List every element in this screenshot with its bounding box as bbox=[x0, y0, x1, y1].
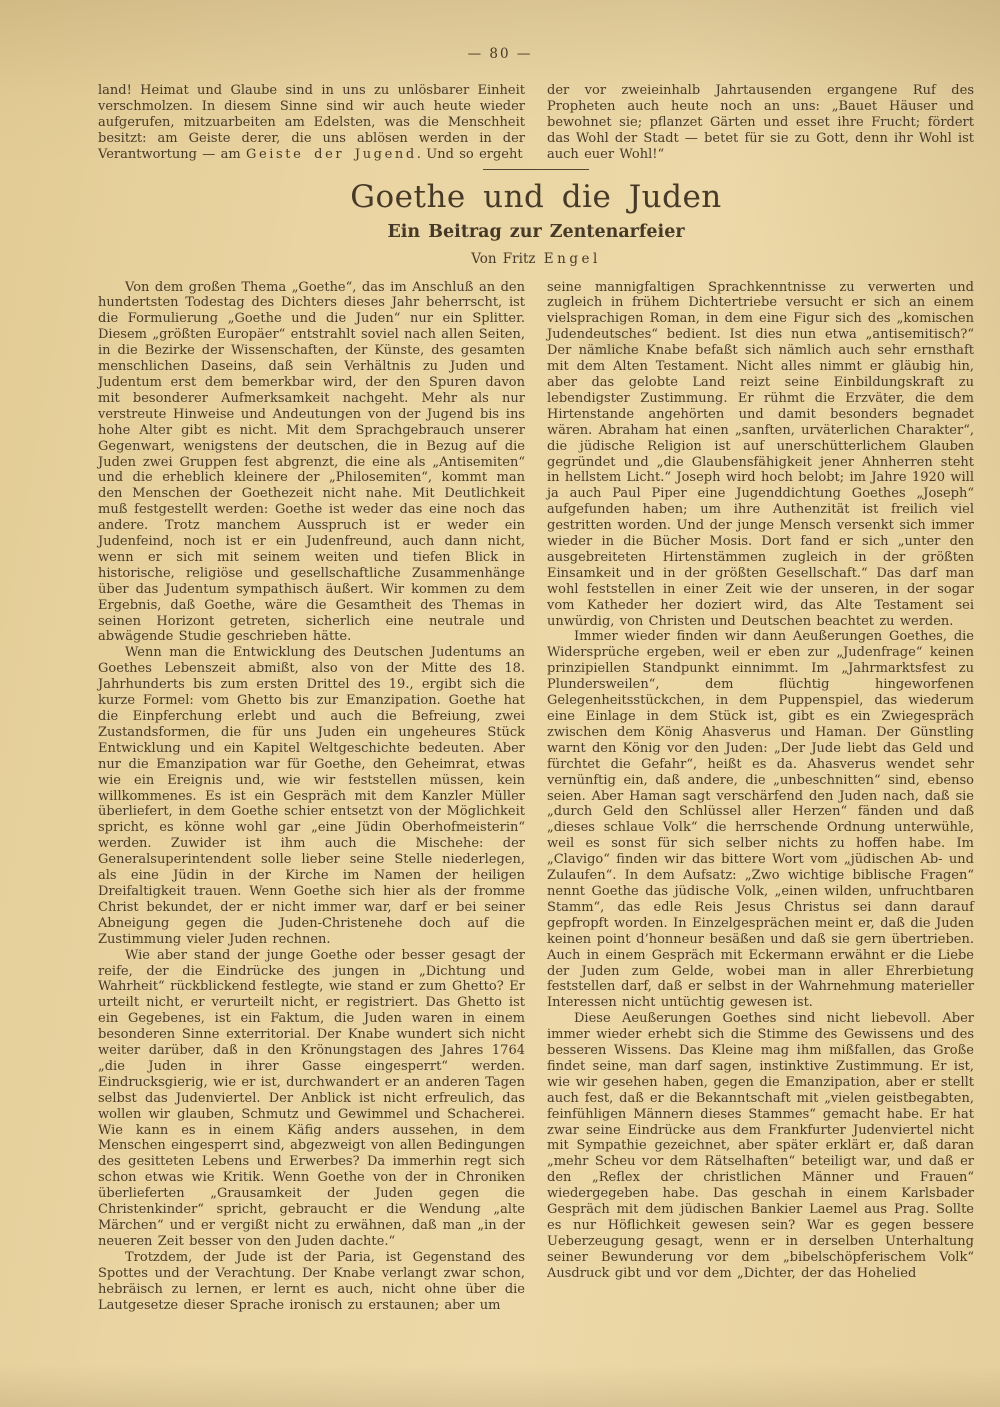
prelude-emphasized-text: Geiste der Jugend bbox=[246, 147, 417, 162]
scanned-page: — 80 — land! Heimat und Glaube sind in u… bbox=[0, 0, 1000, 1407]
prelude-left-column: land! Heimat und Glaube sind in uns zu u… bbox=[98, 83, 525, 163]
article-byline: Von Fritz Engel bbox=[98, 251, 974, 267]
paragraph: Wenn man die Entwicklung des Deutschen J… bbox=[98, 645, 525, 947]
article-body: Von dem großen Thema „Goethe“, das im An… bbox=[98, 280, 974, 1314]
paragraph: Wie aber stand der junge Goethe oder bes… bbox=[98, 948, 525, 1250]
page-number: — 80 — bbox=[0, 0, 1000, 62]
article-subtitle: Ein Beitrag zur Zentenarfeier bbox=[98, 222, 974, 242]
paragraph: Diese Aeußerungen Goethes sind nicht lie… bbox=[547, 1011, 974, 1281]
byline-author-name: Engel bbox=[544, 251, 601, 267]
paragraph: Von dem großen Thema „Goethe“, das im An… bbox=[98, 280, 525, 646]
section-divider-rule bbox=[483, 169, 589, 170]
paragraph: Trotzdem, der Jude ist der Paria, ist Ge… bbox=[98, 1250, 525, 1314]
paragraph-continuation: seine mannigfaltigen Sprachkenntnisse zu… bbox=[547, 280, 974, 630]
paragraph: Immer wieder finden wir dann Aeußerungen… bbox=[547, 629, 974, 1011]
article-title: Goethe und die Juden bbox=[98, 179, 974, 215]
prelude-right-column: der vor zweieinhalb Jahrtausenden ergang… bbox=[547, 83, 974, 163]
prelude-section: land! Heimat und Glaube sind in uns zu u… bbox=[98, 83, 974, 163]
right-column: seine mannigfaltigen Sprachkenntnisse zu… bbox=[547, 280, 974, 1314]
left-column: Von dem großen Thema „Goethe“, das im An… bbox=[98, 280, 525, 1314]
byline-prefix: Von Fritz bbox=[471, 251, 535, 267]
prelude-left-text-end: . Und so ergeht bbox=[417, 147, 523, 162]
